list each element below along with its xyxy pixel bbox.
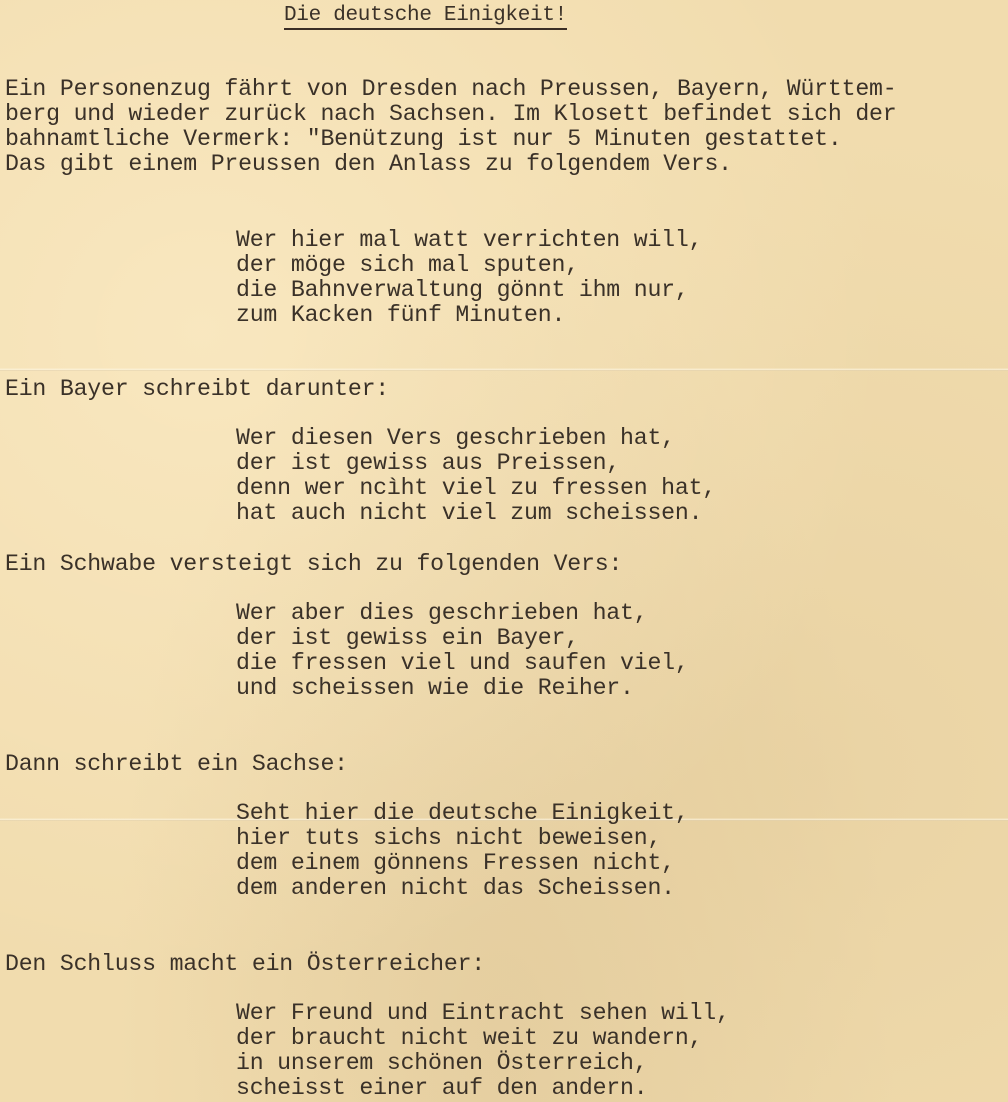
section-lead-bayer: Ein Bayer schreibt darunter:: [5, 377, 389, 402]
verse-line: denn wer ncìht viel zu fressen hat,: [236, 476, 716, 501]
paper-fold-crease: [0, 368, 1008, 371]
verse-line: Seht hier die deutsche Einigkeit,: [236, 801, 689, 826]
verse-line: Wer aber dies geschrieben hat,: [236, 601, 647, 626]
verse-line: der ist gewiss aus Preissen,: [236, 451, 620, 476]
verse-line: dem einem gönnens Fressen nicht,: [236, 851, 675, 876]
verse-line: zum Kacken fünf Minuten.: [236, 303, 565, 328]
verse-line: Wer Freund und Eintracht sehen will,: [236, 1001, 730, 1026]
verse-line: der braucht nicht weit zu wandern,: [236, 1026, 702, 1051]
verse-line: Wer diesen Vers geschrieben hat,: [236, 426, 675, 451]
verse-line: dem anderen nicht das Scheissen.: [236, 876, 675, 901]
verse-line: der möge sich mal sputen,: [236, 253, 579, 278]
intro-line: Das gibt einem Preussen den Anlass zu fo…: [5, 152, 732, 177]
verse-line: der ist gewiss ein Bayer,: [236, 626, 579, 651]
verse-line: die Bahnverwaltung gönnt ihm nur,: [236, 278, 689, 303]
verse-line: die fressen viel und saufen viel,: [236, 651, 689, 676]
section-lead-sachse: Dann schreibt ein Sachse:: [5, 752, 348, 777]
verse-line: hat auch nicht viel zum scheissen.: [236, 501, 702, 526]
verse-line: hier tuts sichs nicht beweisen,: [236, 826, 661, 851]
verse-line: in unserem schönen Österreich,: [236, 1051, 647, 1076]
section-lead-oesterreicher: Den Schluss macht ein Österreicher:: [5, 952, 485, 977]
intro-line: bahnamtliche Vermerk: "Benützung ist nur…: [5, 127, 842, 152]
verse-line: Wer hier mal watt verrichten will,: [236, 228, 702, 253]
verse-line: scheisst einer auf den andern.: [236, 1076, 647, 1101]
intro-line: berg und wieder zurück nach Sachsen. Im …: [5, 102, 896, 127]
document-title: Die deutsche Einigkeit!: [284, 4, 567, 30]
section-lead-schwabe: Ein Schwabe versteigt sich zu folgenden …: [5, 552, 622, 577]
verse-line: und scheissen wie die Reiher.: [236, 676, 634, 701]
intro-line: Ein Personenzug fährt von Dresden nach P…: [5, 77, 896, 102]
